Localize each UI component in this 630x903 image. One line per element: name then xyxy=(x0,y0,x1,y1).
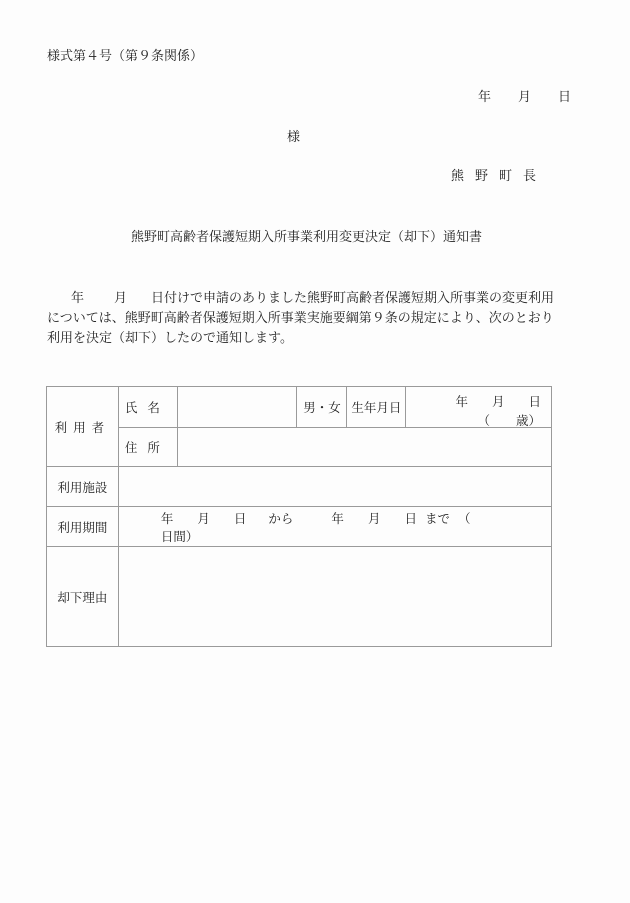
user-label: 利用者 xyxy=(47,387,119,467)
period-label: 利用期間 xyxy=(47,507,119,547)
document-title: 熊野町高齢者保護短期入所事業利用変更決定（却下）通知書 xyxy=(131,231,482,244)
issue-day: 日 xyxy=(558,91,571,104)
dob-age: （歳） xyxy=(477,411,541,429)
dob-date: 年月日 xyxy=(455,392,541,410)
name-field[interactable] xyxy=(177,387,297,428)
period-field[interactable]: 年月日から年月日まで（日間） xyxy=(118,507,551,547)
dob-field[interactable]: 年月日 （歳） xyxy=(406,387,552,428)
issue-month: 月 xyxy=(518,91,531,104)
notification-form-table: 利用者 氏名 男・女 生年月日 年月日 （歳） 住所 利用施設 利用期間 年月日… xyxy=(46,386,552,647)
recipient-suffix: 様 xyxy=(287,131,300,144)
address-label: 住所 xyxy=(118,428,177,467)
dob-label: 生年月日 xyxy=(347,387,406,428)
body-day-text: 日付けで申請のありました熊野町高齢者保護短期入所事業の変更利用 xyxy=(151,291,554,306)
address-field[interactable] xyxy=(177,428,551,467)
issue-year: 年 xyxy=(478,91,491,104)
facility-label: 利用施設 xyxy=(47,467,119,507)
body-line-2: については、熊野町高齢者保護短期入所事業実施要綱第９条の規定により、次のとおり xyxy=(47,309,587,329)
issue-date: 年月日 xyxy=(478,91,571,104)
body-line-3: 利用を決定（却下）したので通知します。 xyxy=(47,329,587,349)
issuer: 熊野町長 xyxy=(451,170,547,183)
rejection-reason-field[interactable] xyxy=(118,547,551,647)
rejection-reason-label: 却下理由 xyxy=(47,547,119,647)
body-month: 月 xyxy=(114,291,127,306)
body-paragraph: 年月日付けで申請のありました熊野町高齢者保護短期入所事業の変更利用 については、… xyxy=(47,289,587,349)
facility-field[interactable] xyxy=(118,467,551,507)
sex-selector[interactable]: 男・女 xyxy=(297,387,347,428)
body-year: 年 xyxy=(71,291,84,306)
form-number: 様式第４号（第９条関係） xyxy=(47,50,203,63)
name-label: 氏名 xyxy=(118,387,177,428)
